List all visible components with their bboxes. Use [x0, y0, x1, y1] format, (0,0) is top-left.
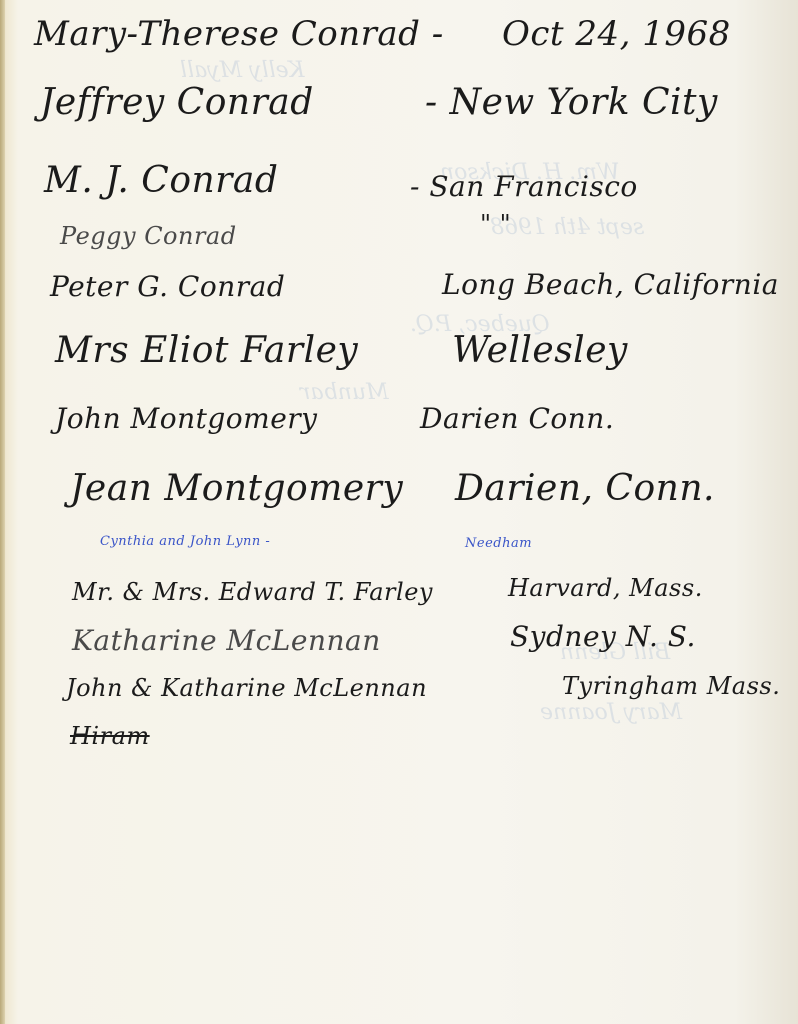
header-date: Oct 24, 1968 — [502, 14, 731, 54]
guestbook-page: Kelly Myall Wm. H. Dickson sept 4th 1968… — [0, 0, 798, 1024]
entry-location: Tyringham Mass. — [562, 672, 780, 700]
entry-location: Darien, Conn. — [455, 468, 715, 509]
entry-location: Wellesley — [452, 330, 628, 371]
show-through-text: sept 4th 1968 — [490, 215, 644, 240]
entry-name: Peggy Conrad — [60, 222, 237, 250]
entry-name-blue-ink: Cynthia and John Lynn - — [100, 534, 270, 549]
header-signature: Mary-Therese Conrad - — [34, 14, 444, 54]
entry-name: Peter G. Conrad — [50, 270, 285, 303]
show-through-text: Kelly Myall — [180, 58, 305, 83]
entry-location-ditto: " " — [480, 210, 511, 238]
entry-name: John & Katharine McLennan — [66, 674, 427, 702]
entry-name: Jeffrey Conrad — [40, 82, 314, 123]
entry-location: Darien Conn. — [420, 402, 614, 435]
entry-name: Katharine McLennan — [72, 624, 381, 657]
entry-name-struck: Hiram — [70, 722, 150, 750]
entry-location: - New York City — [425, 82, 718, 123]
entry-location: Harvard, Mass. — [508, 574, 703, 602]
show-through-text: Mary Joanne — [540, 700, 682, 725]
entry-name: M. J. Conrad — [44, 160, 278, 201]
entry-name: Jean Montgomery — [70, 468, 403, 509]
book-spine-edge — [0, 0, 5, 1024]
entry-name: Mr. & Mrs. Edward T. Farley — [72, 578, 433, 606]
entry-location-blue-ink: Needham — [465, 536, 532, 551]
entry-name: Mrs Eliot Farley — [55, 330, 358, 371]
entry-location: - San Francisco — [410, 170, 638, 203]
entry-location: Sydney N. S. — [510, 620, 696, 653]
entry-location: Long Beach, California — [442, 268, 779, 301]
entry-name: John Montgomery — [55, 402, 317, 435]
